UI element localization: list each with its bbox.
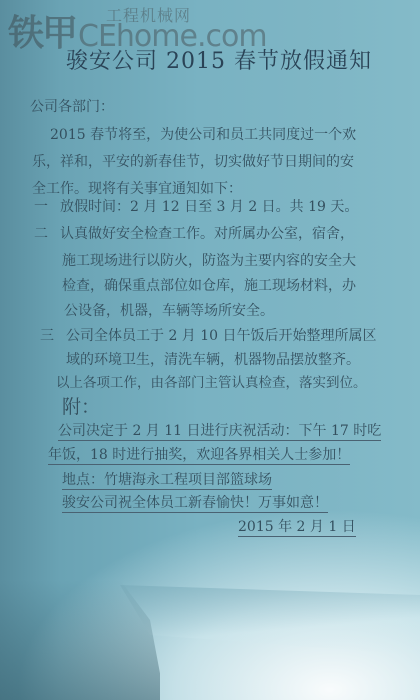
item-2-line-4: 公设备，机器，车辆等场所安全。 [64, 300, 274, 320]
appendix-line-1-text: 公司决定于 2 月 11 日进行庆祝活动：下午 17 时吃 [58, 423, 381, 441]
item-3-marker: 三 [40, 325, 54, 345]
intro-line-3: 全工作。现将有关事宜通知如下： [32, 178, 242, 198]
appendix-line-4: 骏安公司祝全体员工新春愉快！万事如意！ [62, 492, 328, 512]
appendix-line-3-text: 地点：竹塘海永工程项目部篮球场 [62, 472, 272, 490]
item-1-marker: 一 [34, 196, 48, 216]
item-3-line-1: 公司全体员工于 2 月 10 日午饭后开始整理所属区 [66, 325, 377, 345]
item-2-line-3: 检查，确保重点部位如仓库，施工现场材料，办 [62, 275, 356, 295]
notice-date-text: 2015 年 2 月 1 日 [238, 519, 356, 537]
appendix-line-2-text: 年饭，18 时进行抽奖，欢迎各界相关人士参加！ [48, 447, 350, 465]
item-1-line-1: 放假时间：2 月 12 日至 3 月 2 日。共 19 天。 [60, 196, 358, 216]
item-2-line-1: 认真做好安全检查工作。对所属办公室，宿舍， [60, 223, 354, 243]
intro-line-2: 乐，祥和，平安的新春佳节，切实做好节日期间的安 [32, 151, 354, 171]
item-3-line-2: 域的环境卫生，清洗车辆，机器物品摆放整齐。 [66, 349, 360, 369]
appendix-heading: 附： [62, 392, 100, 419]
item-2-marker: 二 [34, 223, 48, 243]
salutation: 公司各部门： [30, 96, 114, 116]
notice-date: 2015 年 2 月 1 日 [238, 516, 356, 536]
appendix-line-2: 年饭，18 时进行抽奖，欢迎各界相关人士参加！ [48, 444, 350, 464]
item-2-line-2: 施工现场进行以防火，防盗为主要内容的安全大 [62, 250, 356, 270]
closing-line: 以上各项工作，由各部门主管认真检查，落实到位。 [56, 371, 367, 391]
notice-title: 骏安公司 2015 春节放假通知 [0, 44, 420, 75]
appendix-line-4-text: 骏安公司祝全体员工新春愉快！万事如意！ [62, 495, 328, 513]
intro-line-1: 2015 春节将至，为使公司和员工共同度过一个欢 [50, 124, 356, 144]
appendix-line-3: 地点：竹塘海永工程项目部篮球场 [62, 469, 272, 489]
appendix-line-1: 公司决定于 2 月 11 日进行庆祝活动：下午 17 时吃 [58, 420, 381, 440]
